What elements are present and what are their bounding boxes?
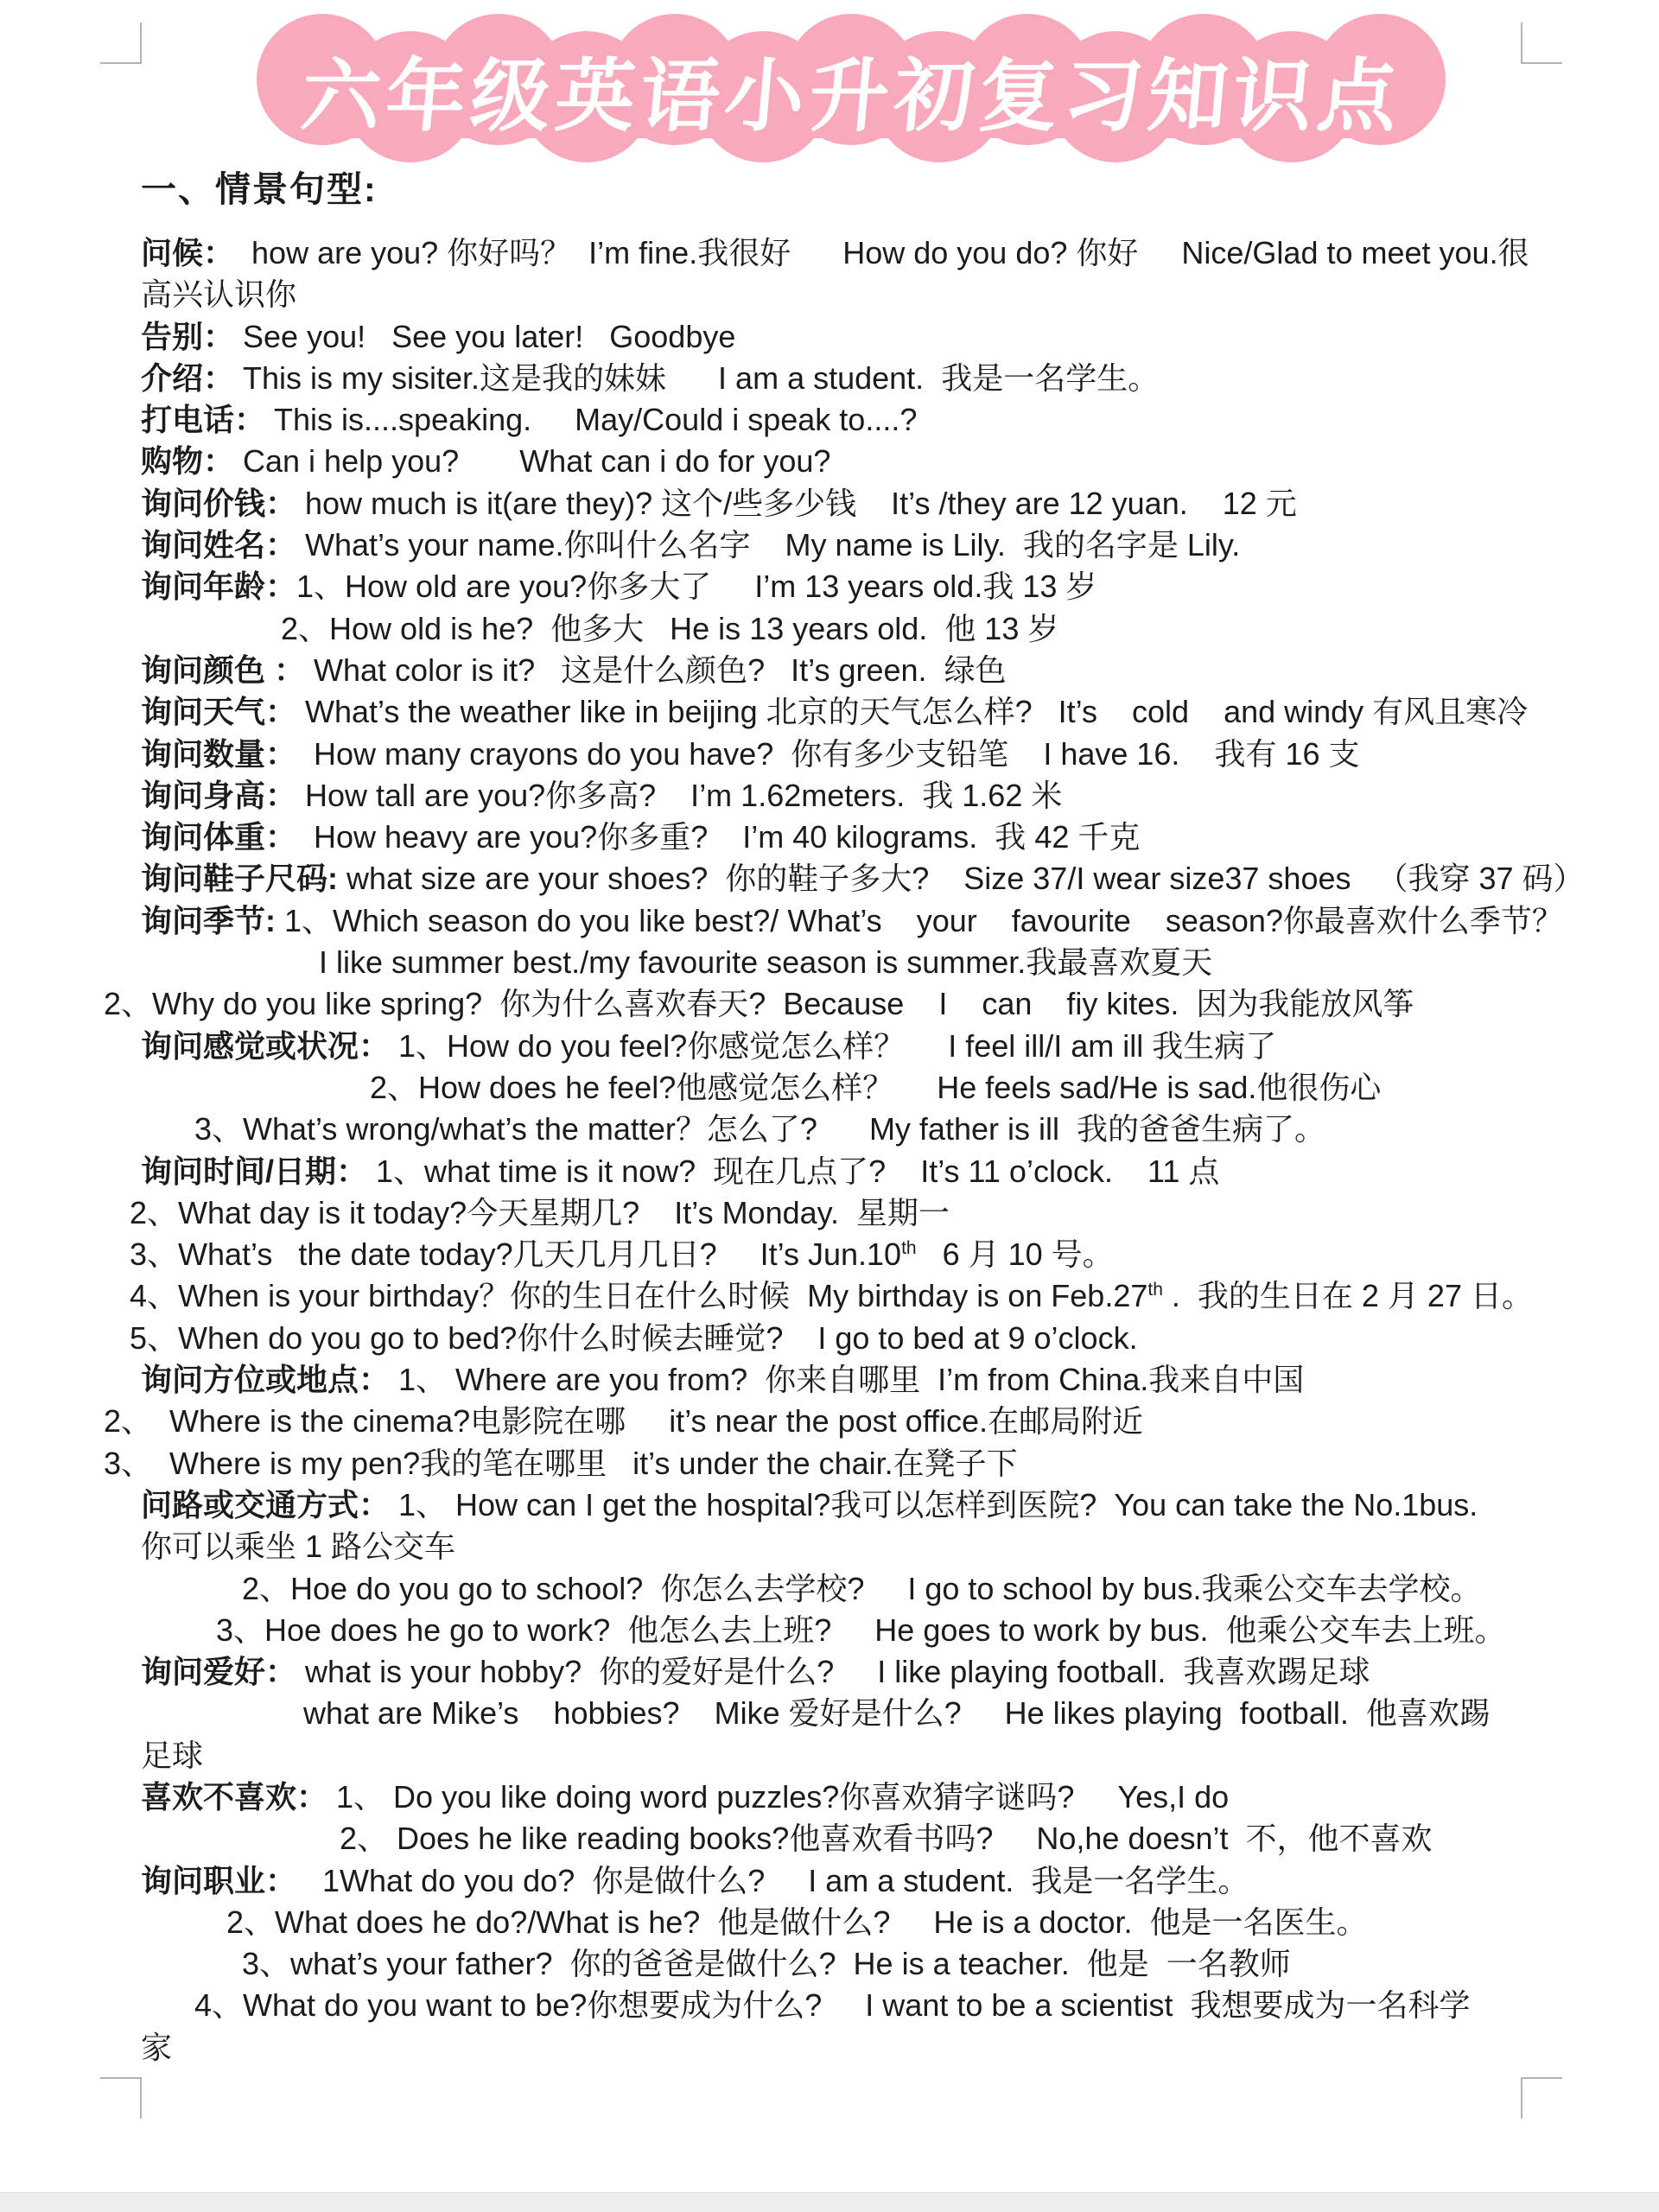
crop-mark-bottom-left bbox=[100, 2077, 142, 2119]
line-text: 2、What day is it today?今天星期几? It’s Monda… bbox=[130, 1195, 950, 1230]
line-text: What color is it? 这是什么颜色? It’s green. 绿色 bbox=[305, 652, 1007, 688]
superscript: th bbox=[901, 1238, 917, 1258]
text-line: 告别： See you! See you later! Goodbye bbox=[141, 316, 1642, 358]
text-line: 你可以乘坐 1 路公交车 bbox=[141, 1526, 1642, 1567]
line-text: . 我的生日在 2 月 27 日。 bbox=[1163, 1278, 1533, 1313]
line-label: 询问方位或地点： bbox=[141, 1362, 390, 1397]
line-text: 4、What do you want to be?你想要成为什么? I want… bbox=[194, 1987, 1471, 2023]
line-text: 1、 Where are you from? 你来自哪里 I’m from Ch… bbox=[390, 1362, 1304, 1397]
line-text: 2、 Where is the cinema?电影院在哪 it’s near t… bbox=[104, 1403, 1143, 1439]
text-line: 打电话： This is....speaking. May/Could i sp… bbox=[141, 399, 1642, 441]
text-line: I like summer best./my favourite season … bbox=[141, 942, 1642, 983]
line-label: 告别： bbox=[141, 319, 234, 354]
text-line: 问路或交通方式： 1、 How can I get the hospital?我… bbox=[141, 1484, 1642, 1526]
line-text: I like summer best./my favourite season … bbox=[319, 944, 1212, 980]
text-line: 3、 Where is my pen?我的笔在哪里 it’s under the… bbox=[104, 1443, 1642, 1484]
line-text: 2、How old is he? 他多大 He is 13 years old.… bbox=[281, 611, 1058, 646]
text-line: 2、 Where is the cinema?电影院在哪 it’s near t… bbox=[104, 1401, 1642, 1442]
text-line: 4、When is your birthday？你的生日在什么时候 My bir… bbox=[130, 1275, 1642, 1317]
line-text: This is my sisiter.这是我的妹妹 I am a student… bbox=[234, 360, 1159, 396]
line-label: 问候： bbox=[141, 235, 234, 270]
line-text: 3、 Where is my pen?我的笔在哪里 it’s under the… bbox=[104, 1446, 1018, 1481]
line-text: 4、When is your birthday？你的生日在什么时候 My bir… bbox=[130, 1278, 1147, 1313]
line-text: What’s the weather like in beijing 北京的天气… bbox=[296, 694, 1528, 729]
text-line: 2、What day is it today?今天星期几? It’s Monda… bbox=[130, 1192, 1642, 1234]
line-text: 6 月 10 号。 bbox=[917, 1236, 1114, 1272]
text-line: 询问天气： What’s the weather like in beijing… bbox=[141, 691, 1642, 733]
text-line: 2、How does he feel?他感觉怎么样？ He feels sad/… bbox=[141, 1067, 1642, 1109]
document-lines: 问候： how are you? 你好吗？ I’m fine.我很好 How d… bbox=[141, 232, 1642, 2069]
text-line: 询问颜色 ： What color is it? 这是什么颜色? It’s gr… bbox=[141, 650, 1642, 691]
text-line: 询问方位或地点： 1、 Where are you from? 你来自哪里 I’… bbox=[141, 1359, 1642, 1401]
line-text: 足球 bbox=[141, 1738, 203, 1773]
line-text: 2、 Does he like reading books?他喜欢看书吗? No… bbox=[340, 1821, 1433, 1856]
line-text: 你可以乘坐 1 路公交车 bbox=[141, 1529, 455, 1564]
line-text: 2、How does he feel?他感觉怎么样？ He feels sad/… bbox=[370, 1070, 1381, 1105]
line-label: 询问天气： bbox=[141, 694, 296, 729]
text-line: 询问年龄：1、How old are you?你多大了 I’m 13 years… bbox=[141, 566, 1642, 607]
text-line: 询问数量： How many crayons do you have? 你有多少… bbox=[141, 734, 1642, 775]
line-label: 询问身高： bbox=[141, 778, 296, 813]
text-line: 询问爱好： what is your hobby? 你的爱好是什么? I lik… bbox=[141, 1651, 1642, 1693]
line-text: 1、How do you feel?你感觉怎么样？ I feel ill/I a… bbox=[390, 1028, 1276, 1064]
text-line: 足球 bbox=[141, 1735, 1642, 1777]
text-line: 询问身高： How tall are you?你多高? I’m 1.62mete… bbox=[141, 775, 1642, 817]
line-label: 询问年龄： bbox=[141, 569, 296, 604]
text-line: 2、Hoe do you go to school? 你怎么去学校? I go … bbox=[141, 1568, 1642, 1610]
text-line: 高兴认识你 bbox=[141, 274, 1642, 315]
line-label: 询问爱好： bbox=[141, 1654, 296, 1689]
line-text: 家 bbox=[141, 2030, 172, 2065]
text-line: 3、Hoe does he go to work? 他怎么去上班? He goe… bbox=[141, 1610, 1642, 1651]
line-text: 2、What does he do?/What is he? 他是做什么? He… bbox=[226, 1904, 1367, 1940]
text-line: 询问时间/日期： 1、what time is it now? 现在几点了? I… bbox=[141, 1151, 1642, 1192]
line-text: how are you? 你好吗？ I’m fine.我很好 How do yo… bbox=[234, 235, 1529, 270]
line-text: 1、what time is it now? 现在几点了? It’s 11 o’… bbox=[367, 1154, 1219, 1189]
line-text: 1、 How can I get the hospital?我可以怎样到医院? … bbox=[390, 1487, 1478, 1522]
line-text: 2、Why do you like spring? 你为什么喜欢春天? Beca… bbox=[104, 986, 1414, 1021]
text-line: 询问姓名： What’s your name.你叫什么名字 My name is… bbox=[141, 524, 1642, 566]
section-heading: 一、情景句型: bbox=[141, 166, 378, 213]
crop-mark-bottom-right bbox=[1521, 2077, 1562, 2119]
line-text: 1、Which season do you like best?/ What’s… bbox=[276, 903, 1563, 938]
text-line: 2、Why do you like spring? 你为什么喜欢春天? Beca… bbox=[104, 983, 1642, 1025]
text-line: 2、 Does he like reading books?他喜欢看书吗? No… bbox=[141, 1818, 1642, 1859]
line-label: 询问价钱： bbox=[141, 486, 296, 521]
text-line: what are Mike’s hobbies? Mike 爱好是什么? He … bbox=[141, 1693, 1642, 1734]
line-text: how much is it(are they)? 这个/些多少钱 It’s /… bbox=[296, 486, 1297, 521]
line-text: what are Mike’s hobbies? Mike 爱好是什么? He … bbox=[303, 1695, 1491, 1731]
line-label: 喜欢不喜欢： bbox=[141, 1779, 327, 1815]
line-label: 问路或交通方式： bbox=[141, 1487, 390, 1522]
page-root: { "banner": { "text": "六年级英语小升初复习知识点", "… bbox=[0, 0, 1659, 2212]
line-label: 询问数量： bbox=[141, 736, 296, 772]
text-line: 4、What do you want to be?你想要成为什么? I want… bbox=[141, 1985, 1642, 2026]
line-text: See you! See you later! Goodbye bbox=[234, 319, 735, 354]
line-text: How heavy are you?你多重? I’m 40 kilograms.… bbox=[296, 819, 1140, 855]
line-label: 询问颜色 ： bbox=[141, 652, 305, 688]
text-line: 介绍： This is my sisiter.这是我的妹妹 I am a stu… bbox=[141, 358, 1642, 399]
line-text: 3、What’s wrong/what’s the matter？怎么了? My… bbox=[194, 1111, 1325, 1147]
line-label: 打电话： bbox=[141, 402, 265, 437]
text-line: 2、How old is he? 他多大 He is 13 years old.… bbox=[141, 608, 1642, 650]
text-line: 家 bbox=[141, 2027, 1642, 2069]
line-label: 介绍： bbox=[141, 360, 234, 396]
line-text: 5、When do you go to bed?你什么时候去睡觉? I go t… bbox=[130, 1320, 1138, 1356]
line-text: 1、How old are you?你多大了 I’m 13 years old.… bbox=[296, 569, 1096, 604]
line-text: 1、 Do you like doing word puzzles?你喜欢猜字谜… bbox=[327, 1779, 1229, 1815]
line-text: How many crayons do you have? 你有多少支铅笔 I … bbox=[296, 736, 1359, 772]
line-label: 询问鞋子尺码: bbox=[141, 861, 338, 896]
page-title: 六年级英语小升初复习知识点 bbox=[251, 17, 1455, 162]
crop-mark-top-right bbox=[1521, 22, 1562, 64]
superscript: th bbox=[1147, 1280, 1163, 1300]
line-label: 询问职业： bbox=[141, 1863, 296, 1898]
text-line: 问候： how are you? 你好吗？ I’m fine.我很好 How d… bbox=[141, 232, 1642, 274]
line-text: what is your hobby? 你的爱好是什么? I like play… bbox=[296, 1654, 1370, 1689]
text-line: 喜欢不喜欢： 1、 Do you like doing word puzzles… bbox=[141, 1777, 1642, 1818]
footer-bar bbox=[0, 2192, 1659, 2212]
text-line: 购物： Can i help you? What can i do for yo… bbox=[141, 441, 1642, 482]
line-text: Can i help you? What can i do for you? bbox=[234, 443, 830, 479]
title-banner: 六年级英语小升初复习知识点 bbox=[257, 17, 1448, 162]
line-text: How tall are you?你多高? I’m 1.62meters. 我 … bbox=[296, 778, 1062, 813]
line-label: 询问感觉或状况： bbox=[141, 1028, 390, 1064]
text-line: 5、When do you go to bed?你什么时候去睡觉? I go t… bbox=[130, 1318, 1642, 1359]
line-label: 购物： bbox=[141, 443, 234, 479]
line-text: 3、Hoe does he go to work? 他怎么去上班? He goe… bbox=[216, 1612, 1506, 1648]
text-line: 3、what’s your father? 你的爸爸是做什么? He is a … bbox=[141, 1943, 1642, 1985]
text-line: 询问价钱： how much is it(are they)? 这个/些多少钱 … bbox=[141, 483, 1642, 524]
text-line: 询问鞋子尺码: what size are your shoes? 你的鞋子多大… bbox=[141, 858, 1642, 899]
line-text: This is....speaking. May/Could i speak t… bbox=[265, 402, 917, 437]
line-label: 询问时间/日期： bbox=[141, 1154, 367, 1189]
line-text: 3、What’s the date today?几天几月几日? It’s Jun… bbox=[130, 1236, 901, 1272]
line-text: What’s your name.你叫什么名字 My name is Lily.… bbox=[296, 527, 1240, 563]
text-line: 询问体重： How heavy are you?你多重? I’m 40 kilo… bbox=[141, 817, 1642, 858]
line-text: 3、what’s your father? 你的爸爸是做什么? He is a … bbox=[242, 1946, 1291, 1981]
line-text: 1What do you do? 你是做什么? I am a student. … bbox=[296, 1863, 1249, 1898]
line-text: 高兴认识你 bbox=[141, 276, 296, 312]
text-line: 3、What’s wrong/what’s the matter？怎么了? My… bbox=[141, 1109, 1642, 1150]
text-line: 3、What’s the date today?几天几月几日? It’s Jun… bbox=[130, 1234, 1642, 1275]
line-label: 询问体重： bbox=[141, 819, 296, 855]
text-line: 询问职业： 1What do you do? 你是做什么? I am a stu… bbox=[141, 1860, 1642, 1902]
crop-mark-top-left bbox=[100, 22, 142, 64]
text-line: 询问季节: 1、Which season do you like best?/ … bbox=[141, 900, 1642, 942]
line-label: 询问季节: bbox=[141, 903, 276, 938]
line-text: what size are your shoes? 你的鞋子多大? Size 3… bbox=[338, 861, 1585, 896]
text-line: 2、What does he do?/What is he? 他是做什么? He… bbox=[141, 1902, 1642, 1943]
line-text: 2、Hoe do you go to school? 你怎么去学校? I go … bbox=[242, 1571, 1482, 1606]
line-label: 询问姓名： bbox=[141, 527, 296, 563]
text-line: 询问感觉或状况： 1、How do you feel?你感觉怎么样？ I fee… bbox=[141, 1026, 1642, 1067]
